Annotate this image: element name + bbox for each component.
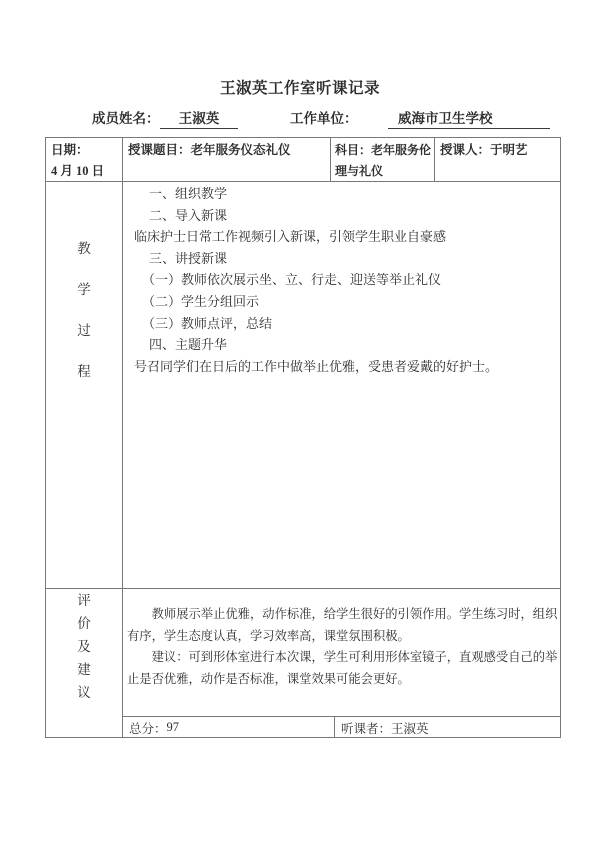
process-content-cell: 一、组织教学 二、导入新课 临床护士日常工作视频引入新课，引领学生职业自豪感 三… bbox=[122, 181, 561, 588]
process-row-label: 教 学 过 程 bbox=[45, 181, 122, 588]
date-label: 日期： bbox=[51, 140, 120, 161]
process-label-char: 程 bbox=[46, 365, 122, 378]
process-line: 号召同学们在日后的工作中做举止优雅，受患者爱戴的好护士。 bbox=[123, 356, 561, 378]
document-page: 王淑英工作室听课记录 成员姓名： 王淑英 工作单位： 威海市卫生学校 日期： 4… bbox=[0, 0, 600, 849]
process-line: （二）学生分组回示 bbox=[123, 291, 561, 313]
evaluation-paragraph: 教师展示举止优雅，动作标准，给学生很好的引领作用。学生练习时，组织有序，学生态度… bbox=[127, 604, 561, 647]
teacher-label: 授课人： bbox=[440, 143, 490, 157]
lesson-topic-label: 授课题目： bbox=[128, 143, 191, 157]
evaluation-label-char: 建 bbox=[46, 663, 122, 676]
evaluation-label-char: 议 bbox=[46, 686, 122, 699]
lesson-topic-cell: 授课题目：老年服务仪态礼仪 bbox=[122, 137, 330, 181]
member-name-label: 成员姓名： bbox=[92, 110, 160, 129]
process-line: 二、导入新课 bbox=[123, 205, 561, 227]
member-info-line: 成员姓名： 王淑英 工作单位： 威海市卫生学校 bbox=[0, 110, 600, 132]
date-cell: 日期： 4 月 10 日 bbox=[45, 137, 122, 181]
work-unit-label: 工作单位： bbox=[290, 110, 358, 129]
teacher-cell: 授课人：于明艺 bbox=[434, 137, 561, 181]
total-score-value: 97 bbox=[167, 720, 180, 735]
process-line: （一）教师依次展示坐、立、行走、迎送等举止礼仪 bbox=[123, 269, 561, 291]
observer-value: 王淑英 bbox=[391, 719, 429, 737]
evaluation-row-label: 评 价 及 建 议 bbox=[45, 588, 122, 738]
evaluation-label-char: 及 bbox=[46, 640, 122, 653]
process-line: 临床护士日常工作视频引入新课，引领学生职业自豪感 bbox=[123, 226, 561, 248]
evaluation-content-cell: 教师展示举止优雅，动作标准，给学生很好的引领作用。学生练习时，组织有序，学生态度… bbox=[122, 588, 561, 716]
teacher-value: 于明艺 bbox=[490, 143, 528, 157]
process-line: （三）教师点评，总结 bbox=[123, 313, 561, 335]
process-line: 三、讲授新课 bbox=[123, 248, 561, 270]
lesson-topic-value: 老年服务仪态礼仪 bbox=[191, 143, 291, 157]
work-unit-value: 威海市卫生学校 bbox=[388, 110, 550, 129]
total-score-cell: 总分：97 bbox=[122, 716, 334, 738]
process-label-char: 学 bbox=[46, 283, 122, 296]
process-line: 一、组织教学 bbox=[123, 183, 561, 205]
evaluation-label-char: 价 bbox=[46, 617, 122, 630]
page-title: 王淑英工作室听课记录 bbox=[0, 76, 600, 98]
total-score-label: 总分： bbox=[129, 719, 167, 737]
evaluation-paragraph: 建议：可到形体室进行本次课，学生可利用形体室镜子，直观感受自己的举止是否优雅，动… bbox=[127, 647, 561, 690]
evaluation-label-char: 评 bbox=[46, 594, 122, 607]
subject-cell: 科目：老年服务伦理与礼仪 bbox=[330, 137, 434, 181]
member-name-value: 王淑英 bbox=[160, 110, 238, 129]
process-label-char: 教 bbox=[46, 242, 122, 255]
subject-label: 科目： bbox=[335, 143, 371, 157]
observer-cell: 听课者：王淑英 bbox=[334, 716, 561, 738]
observer-label: 听课者： bbox=[341, 719, 391, 737]
record-table: 日期： 4 月 10 日 授课题目：老年服务仪态礼仪 科目：老年服务伦理与礼仪 … bbox=[45, 137, 561, 738]
process-label-char: 过 bbox=[46, 324, 122, 337]
process-line: 四、主题升华 bbox=[123, 334, 561, 356]
date-value: 4 月 10 日 bbox=[51, 161, 120, 181]
